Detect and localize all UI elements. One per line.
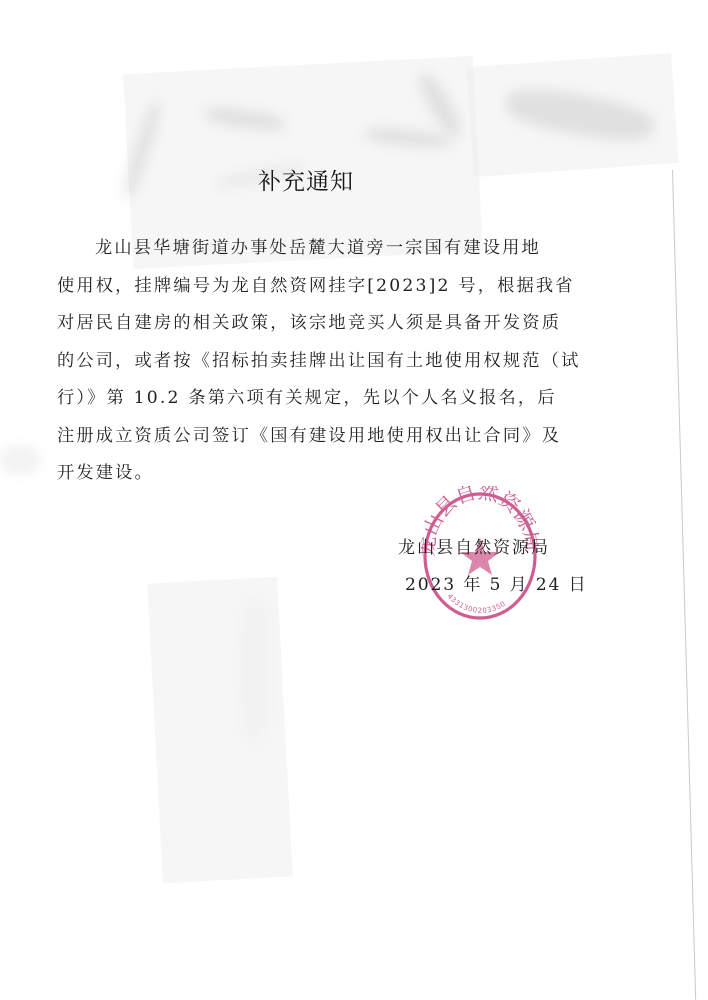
document-body: 龙山县华塘街道办事处岳麓大道旁一宗国有建设用地 使用权，挂牌编号为龙自然资网挂字…	[57, 230, 587, 493]
signature-block: 龙山县自然资源局 2023 年 5 月 24 日	[398, 530, 587, 604]
issue-date: 2023 年 5 月 24 日	[398, 567, 587, 604]
body-line: 对居民自建房的相关政策，该宗地竞买人须是具备开发资质	[57, 305, 587, 343]
body-line: 行）》第 10.2 条第六项有关规定，先以个人名义报名，后	[57, 380, 587, 418]
body-line: 使用权，挂牌编号为龙自然资网挂字[2023]2 号，根据我省	[57, 268, 587, 306]
scan-patch	[147, 577, 293, 883]
scan-smudge	[0, 445, 40, 475]
body-line: 龙山县华塘街道办事处岳麓大道旁一宗国有建设用地	[57, 230, 587, 268]
body-line: 的公司，或者按《招标拍卖挂牌出让国有土地使用权规范（试	[57, 343, 587, 381]
document-title: 补充通知	[258, 163, 354, 196]
issuer-name: 龙山县自然资源局	[398, 530, 587, 567]
page-edge-line	[672, 170, 696, 1000]
body-line: 注册成立资质公司签订《国有建设用地使用权出让合同》及	[57, 418, 587, 456]
